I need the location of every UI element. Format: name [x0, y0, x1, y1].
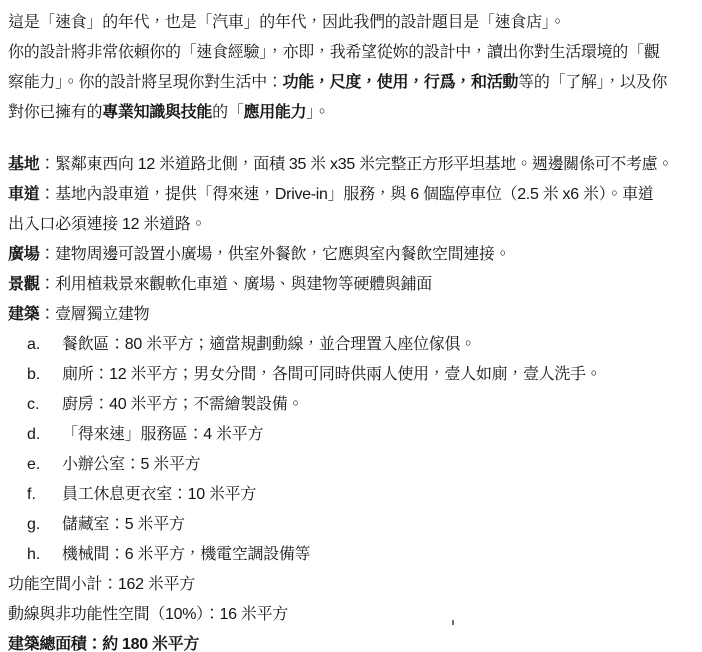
item-letter: f. [27, 480, 62, 510]
section-text: ：壹層獨立建物 [39, 306, 149, 323]
section-label-site: 基地 [8, 156, 39, 173]
section-label-building: 建築 [8, 306, 39, 323]
item-letter: d. [27, 420, 62, 450]
item-letter: e. [27, 450, 62, 480]
intro-text: 等的「了解」，以及你 [518, 74, 667, 91]
item-text: 儲藏室：5 米平方 [62, 516, 185, 533]
program-item-b: b.廁所：12 米平方；男女分間，各間可同時供兩人使用，壹人如廁，壹人洗手。 [8, 360, 702, 390]
intro-text: 你的設計將非常依賴你的「速食經驗」，亦即，我希望從妳的設計中，讀出你對生活環境的… [8, 44, 659, 61]
program-item-c: c.廚房：40 米平方；不需繪製設備。 [8, 390, 702, 420]
program-item-d: d.「得來速」服務區：4 米平方 [8, 420, 702, 450]
intro-text: 這是「速食」的年代，也是「汽車」的年代，因此我們的設計題目是「速食店」。 [8, 14, 565, 31]
section-text: ：緊鄰東西向 12 米道路北側，面積 35 米 x35 米完整正方形平坦基地。週… [39, 156, 673, 173]
section-site: 基地：緊鄰東西向 12 米道路北側，面積 35 米 x35 米完整正方形平坦基地… [8, 150, 702, 180]
section-label-driveway: 車道 [8, 186, 39, 203]
intro-emphasis-application: 應用能力 [244, 104, 307, 121]
subtotal-line: 功能空間小計：162 米平方 [8, 570, 702, 600]
program-item-g: g.儲藏室：5 米平方 [8, 510, 702, 540]
intro-text: 察能力」。你的設計將呈現你對生活中： [8, 74, 283, 91]
section-text: ：利用植栽景來觀軟化車道、廣場、與建物等硬體與鋪面 [39, 276, 432, 293]
item-text: 小辦公室：5 米平方 [62, 456, 200, 473]
section-landscape: 景觀：利用植栽景來觀軟化車道、廣場、與建物等硬體與鋪面 [8, 270, 702, 300]
intro-emphasis-knowledge: 專業知識與技能 [102, 104, 212, 121]
program-item-e: e.小辦公室：5 米平方 [8, 450, 702, 480]
section-label-landscape: 景觀 [8, 276, 39, 293]
section-driveway-line-2: 出入口必須連接 12 米道路。 [8, 210, 702, 240]
item-letter: a. [27, 330, 62, 360]
intro-line-3: 察能力」。你的設計將呈現你對生活中：功能，尺度，使用，行爲，和活動等的「了解」，… [8, 68, 702, 98]
section-text: 出入口必須連接 12 米道路。 [8, 216, 206, 233]
scanned-document-page: 這是「速食」的年代，也是「汽車」的年代，因此我們的設計題目是「速食店」。 你的設… [0, 0, 702, 652]
scan-artifact-dot [452, 620, 454, 625]
item-letter: g. [27, 510, 62, 540]
item-text: 廚房：40 米平方；不需繪製設備。 [62, 396, 303, 413]
intro-text: 對你已擁有的 [8, 104, 102, 121]
item-text: 員工休息更衣室：10 米平方 [62, 486, 256, 503]
item-letter: b. [27, 360, 62, 390]
subtotal-text: 功能空間小計：162 米平方 [8, 576, 195, 593]
item-text: 餐飲區：80 米平方；適當規劃動線，並合理置入座位傢俱。 [62, 336, 476, 353]
section-building: 建築：壹層獨立建物 [8, 300, 702, 330]
total-area-line: 建築總面積：約 180 米平方 [8, 630, 702, 652]
section-plaza: 廣場：建物周邊可設置小廣場，供室外餐飲，它應與室內餐飲空間連接。 [8, 240, 702, 270]
section-text: ：基地內設車道，提供「得來速，Drive-in」服務，與 6 個臨停車位（2.5… [39, 186, 653, 203]
total-area-text: 建築總面積：約 180 米平方 [8, 636, 199, 652]
item-letter: h. [27, 540, 62, 570]
intro-text: 」。 [306, 104, 329, 121]
item-text: 廁所：12 米平方；男女分間，各間可同時供兩人使用，壹人如廁，壹人洗手。 [62, 366, 601, 383]
circulation-text: 動線與非功能性空間（10%）：16 米平方 [8, 606, 288, 623]
program-item-h: h.機械間：6 米平方，機電空調設備等 [8, 540, 702, 570]
section-label-plaza: 廣場 [8, 246, 39, 263]
item-text: 機械間：6 米平方，機電空調設備等 [62, 546, 310, 563]
program-item-f: f.員工休息更衣室：10 米平方 [8, 480, 702, 510]
circulation-line: 動線與非功能性空間（10%）：16 米平方 [8, 600, 702, 630]
item-letter: c. [27, 390, 62, 420]
intro-line-2: 你的設計將非常依賴你的「速食經驗」，亦即，我希望從妳的設計中，讀出你對生活環境的… [8, 38, 702, 68]
intro-line-4: 對你已擁有的專業知識與技能的「應用能力」。 [8, 98, 702, 128]
section-text: ：建物周邊可設置小廣場，供室外餐飲，它應與室內餐飲空間連接。 [39, 246, 510, 263]
item-text: 「得來速」服務區：4 米平方 [62, 426, 263, 443]
intro-line-1: 這是「速食」的年代，也是「汽車」的年代，因此我們的設計題目是「速食店」。 [8, 8, 702, 38]
intro-text: 的「 [212, 104, 243, 121]
intro-emphasis-functions: 功能，尺度，使用，行爲，和活動 [283, 74, 519, 91]
section-driveway-line-1: 車道：基地內設車道，提供「得來速，Drive-in」服務，與 6 個臨停車位（2… [8, 180, 702, 210]
paragraph-gap [8, 128, 702, 150]
program-item-a: a.餐飲區：80 米平方；適當規劃動線，並合理置入座位傢俱。 [8, 330, 702, 360]
